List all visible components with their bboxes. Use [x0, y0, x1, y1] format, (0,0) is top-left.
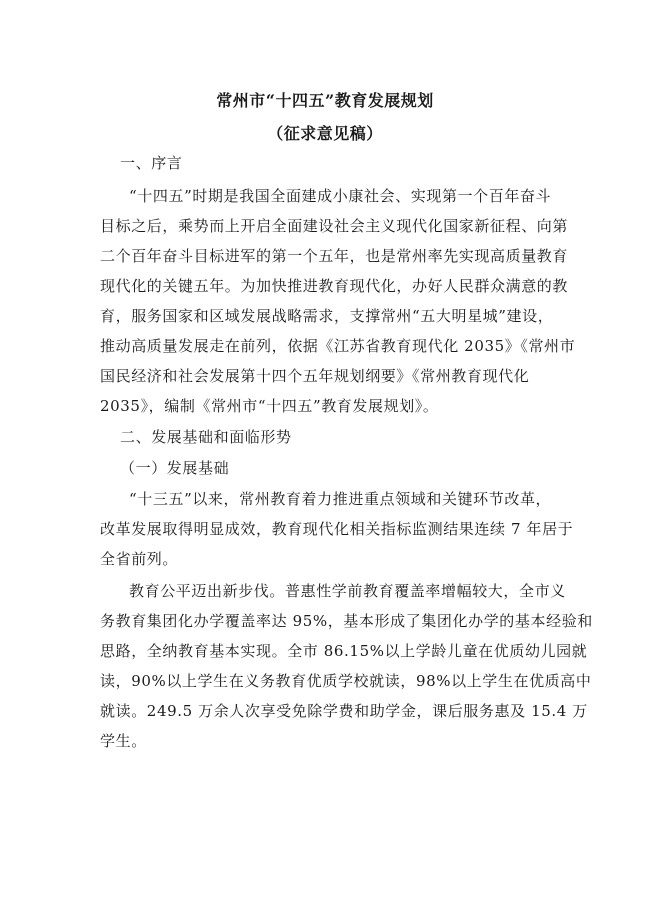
paragraph-line: 务教育集团化办学覆盖率达 95%，基本形成了集团化办学的基本经验和 — [100, 611, 540, 631]
section-heading-foundation: 二、发展基础和面临形势 — [120, 427, 560, 447]
paragraph-line: 国民经济和社会发展第十四个五年规划纲要》《常州教育现代化 — [100, 366, 540, 386]
paragraph-line: 读，90%以上学生在义务教育优质学校就读，98%以上学生在优质高中 — [100, 671, 540, 691]
paragraph-line: 二个百年奋斗目标进军的第一个五年，也是常州率先实现高质量教育 — [100, 246, 540, 266]
document-title: 常州市“十四五”教育发展规划 — [0, 88, 650, 111]
section-heading-preface: 一、序言 — [120, 153, 560, 173]
paragraph-line: 育，服务国家和区域发展战略需求，支撑常州“五大明星城”建设， — [100, 306, 540, 326]
document-subtitle: （征求意见稿） — [0, 121, 650, 144]
paragraph-line: 学生。 — [100, 731, 540, 751]
paragraph-line: 推动高质量发展走在前列，依据《江苏省教育现代化 2035》《常州市 — [100, 336, 540, 356]
paragraph-line: 思路，全纳教育基本实现。全市 86.15%以上学龄儿童在优质幼儿园就 — [100, 641, 540, 661]
paragraph-line: “十四五”时期是我国全面建成小康社会、实现第一个百年奋斗 — [129, 186, 540, 206]
document-page: 常州市“十四五”教育发展规划 （征求意见稿） 一、序言 “十四五”时期是我国全面… — [0, 0, 650, 919]
paragraph-line: 目标之后，乘势而上开启全面建设社会主义现代化国家新征程、向第 — [100, 216, 540, 236]
paragraph-line: 改革发展取得明显成效，教育现代化相关指标监测结果连续 7 年居于 — [100, 519, 540, 539]
paragraph-line: 现代化的关键五年。为加快推进教育现代化，办好人民群众满意的教 — [100, 276, 540, 296]
paragraph-line: 就读。249.5 万余人次享受免除学费和助学金，课后服务惠及 15.4 万 — [100, 701, 540, 721]
paragraph-line: 教育公平迈出新步伐。普惠性学前教育覆盖率增幅较大，全市义 — [129, 581, 540, 601]
paragraph-line: 2035》，编制《常州市“十四五”教育发展规划》。 — [100, 396, 540, 416]
paragraph-line: 全省前列。 — [100, 549, 540, 569]
subsection-heading: （一）发展基础 — [120, 458, 560, 478]
paragraph-line: “十三五”以来，常州教育着力推进重点领域和关键环节改革， — [129, 489, 540, 509]
